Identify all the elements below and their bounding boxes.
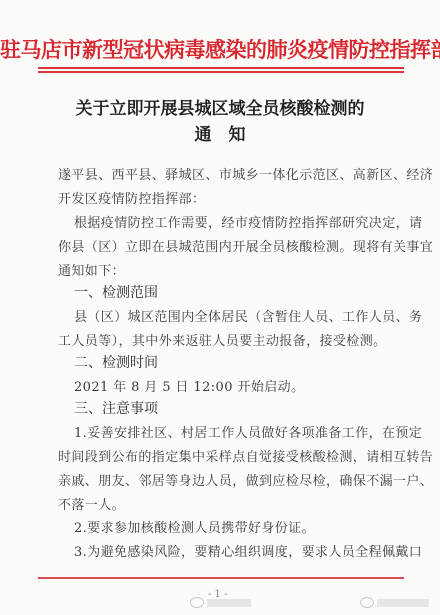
- item3-line1: 3.为避免感染风险，要精心组织调度，要求人员全程佩戴口: [74, 541, 422, 560]
- weibo-icon: [190, 597, 204, 608]
- watermark-right-text: [377, 599, 429, 607]
- recipients-line1: 遂平县、西平县、驿城区、市城乡一体化示范区、高新区、经济: [58, 164, 433, 183]
- intro-line2: 你县（区）立即在县城范围内开展全员核酸检测。现将有关事宜: [58, 236, 433, 255]
- watermark-right: [360, 597, 429, 609]
- section3-heading: 三、注意事项: [74, 398, 158, 418]
- item1-line1: 1.妥善安排社区、村居工作人员做好各项准备工作，在预定: [74, 422, 422, 441]
- document-title-line1: 关于立即开展县城区域全员核酸检测的: [0, 94, 440, 119]
- recipients-line2: 开发区疫情防控指挥部：: [58, 188, 205, 207]
- section2-line1: 2021 年 8 月 5 日 12:00 开始启动。: [74, 376, 304, 395]
- section1-heading: 一、检测范围: [74, 282, 158, 302]
- intro-line1: 根据疫情防控工作需要，经市疫情防控指挥部研究决定，请: [74, 212, 422, 231]
- watermark-left: [190, 597, 251, 609]
- footer-red-rule: [38, 577, 404, 579]
- section2-heading: 二、检测时间: [74, 352, 158, 372]
- document-title-line2: 通 知: [0, 120, 440, 145]
- header-red-rule-top: [38, 67, 404, 69]
- weibo-icon: [360, 597, 374, 608]
- item1-line4: 不落一人。: [58, 494, 125, 513]
- header-red-rule-bottom: [38, 71, 404, 73]
- watermark-left-text: [207, 599, 251, 607]
- section1-line1: 县（区）城区范围内全体居民（含暂住人员、工作人员、务: [74, 306, 422, 325]
- item1-line2: 时间段到公布的指定集中采样点自觉接受核酸检测，请相互转告: [58, 446, 433, 465]
- item1-line3: 亲戚、朋友、邻居等身边人员，做到应检尽检，确保不漏一户、: [58, 470, 433, 489]
- issuer-title: 驻马店市新型冠状病毒感染的肺炎疫情防控指挥部: [0, 34, 440, 64]
- intro-line3: 通知如下：: [58, 260, 125, 279]
- section1-line2: 工人员等），其中外来返驻人员要主动报备，接受检测。: [58, 330, 387, 349]
- item2-line1: 2.要求参加核酸检测人员携带好身份证。: [74, 517, 315, 536]
